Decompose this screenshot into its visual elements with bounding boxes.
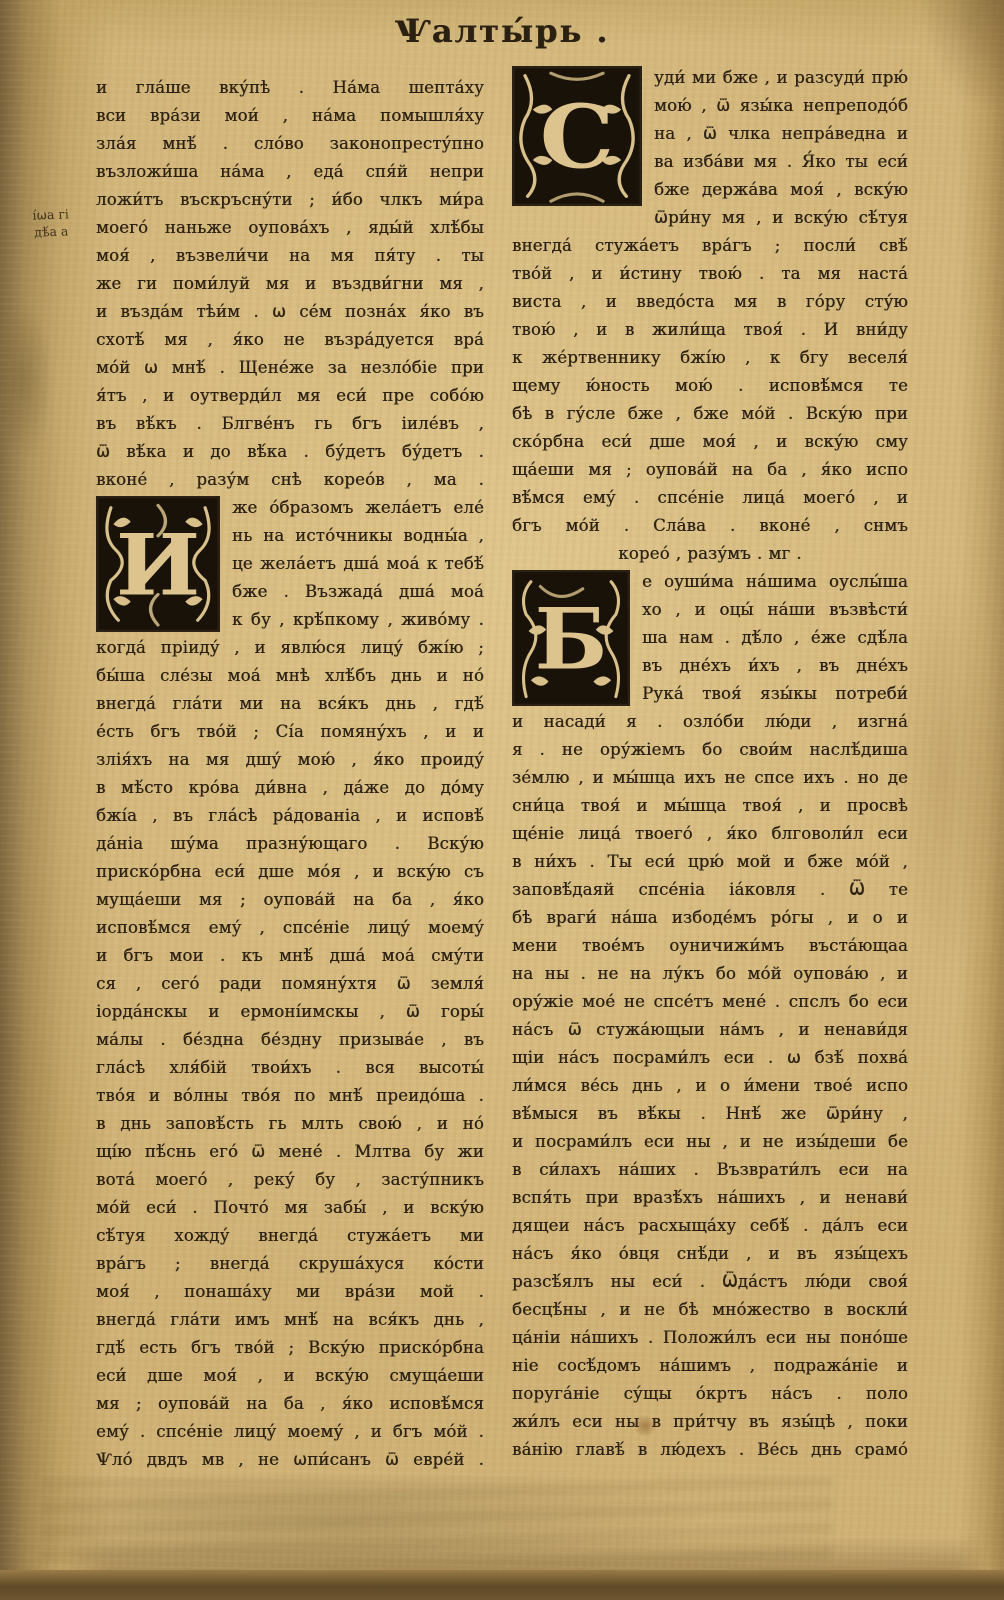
text-line: уди́ ми бже , и разсуди́ прю́ [654, 64, 908, 92]
text-line: к же́ртвеннику бжі́ю , к бгу веселя́ [512, 344, 908, 372]
text-line: ще́ніе лица́ твоего́ , я́ко блговоли́л е… [512, 820, 908, 848]
text-line: е оуши́ма на́шима оуслы́ша [642, 568, 908, 596]
psalm-43-section: Б е оуши́ма на́шима оуслы́шахо , и оцы́ … [512, 568, 908, 1464]
text-line: дящеи на́съ расхыща́ху себѣ́ . да́лъ еси [512, 1212, 908, 1240]
text-line: бже держа́ва моя́ , вску́ю [654, 176, 908, 204]
text-line: бжі́а , въ гла́сѣ ра́дованіа , и исповѣ́ [96, 802, 484, 830]
text-line: к бу , крѣ́пкому , живо́му . [232, 606, 484, 634]
text-line: на ны . не на лу́къ бо мо́й оупова́ю , и [512, 960, 908, 988]
text-line: в си́лахъ на́ших . Възврати́лъ еси на [512, 1156, 908, 1184]
text-line: бесцѣ́ны , и не бѣ мно́жество в воскли́ [512, 1296, 908, 1324]
text-line: вра́гъ ; внегда́ скруша́хуся ко́сти [96, 1250, 484, 1278]
text-line: мо́й ѡ мнѣ́ . Щене́же за незло́біе при [96, 354, 484, 382]
text-line: Ѱло́ двдъ мв , не ѡпи́санъ ѿ евре́й . [96, 1446, 484, 1474]
text-line: въ дне́хъ и́хъ , въ дне́хъ пе́рвы [642, 652, 908, 680]
text-line: ша нам . дѣ́ло , е́же сдѣ́ла [642, 624, 908, 652]
psalter-page-scan: Ѱалты́рь . і́ѡа гідѣ́а а и гла́ше вку́пѣ… [0, 0, 1004, 1600]
text-line: моя́ , понаша́ху ми вра́зи мой . [96, 1278, 484, 1306]
woodcut-initial-art: Б [512, 570, 630, 706]
text-line: схотѣ́ мя , я́ко не възра́дуется вра́ [96, 326, 484, 354]
margin-reference-note: і́ѡа гідѣ́а а [11, 205, 90, 242]
text-line: тво́й , и и́стину твою́ . та мя наста́ [512, 260, 908, 288]
text-line: моего́ наньже оупова́хъ , яды́й хлѣ́бы [96, 214, 484, 242]
text-line: зе́млю , и мы́шца ихъ не спсе ихъ . но д… [512, 764, 908, 792]
text-line: вспя́ть при вразѣ́хъ на́шихъ , и ненави́ [512, 1184, 908, 1212]
text-line: възложи́ша на́ма , еда́ спя́й непри [96, 158, 484, 186]
text-line: мени твое́мъ оуничижи́мъ въста́ющаа [512, 932, 908, 960]
text-line: заповѣ́даяй спсе́ніа іа́ковля . Ѿ те [512, 876, 908, 904]
text-line: вси вра́зи мои́ , на́ма помышля́ху [96, 102, 484, 130]
text-line: поруга́ніе су́щы о́кртъ на́съ . поло [512, 1380, 908, 1408]
text-line: жи́лъ еси ны в при́тчу въ язы́цѣ , поки [512, 1408, 908, 1436]
left-text-column: и гла́ше вку́пѣ . На́ма шепта́хувси вра́… [96, 74, 484, 1474]
text-line: ли́мся ве́сь днь , и о и́мени твое́ испо [512, 1072, 908, 1100]
text-line: бы́ша сле́зы моа́ мнѣ хлѣ́бъ днь и но́ [96, 662, 484, 690]
text-line: бгъ мо́й . Сла́ва . вконе́ , снмъ [512, 512, 908, 540]
text-line: и възда́м тѣи́м . ѡ се́м позна́х я́ко въ [96, 298, 484, 326]
text-line: тво́я и во́лны тво́я по мнѣ́ преидо́ша . [96, 1082, 484, 1110]
text-line: вота́ моего́ , реку́ бу , засту́пникъ [96, 1166, 484, 1194]
margin-note-line: дѣ́а а [12, 222, 91, 242]
text-line: ся , сего́ ради помяну́хтя ѿ земля́ [96, 970, 484, 998]
text-line: щіи на́съ посрами́лъ еси . ѡ бзѣ́ похва́ [512, 1044, 908, 1072]
text-line: же о́бразомъ жела́етъ еле́ [232, 494, 484, 522]
text-line: ма́лы . бе́здна бе́здну призыва́е , въ [96, 1026, 484, 1054]
text-line: ѿ вѣ́ка и до вѣ́ка . бу́детъ бу́детъ . [96, 438, 484, 466]
drop-cap-slovo: С [512, 66, 642, 206]
text-line: це жела́етъ дша́ моа́ к тебѣ́ [232, 550, 484, 578]
text-line: вѣ́мыся въ вѣ́кы . Ннѣ́ же ѿри́ну , [512, 1100, 908, 1128]
running-head: Ѱалты́рь . [0, 12, 1004, 50]
text-line: муща́еши мя ; оупова́й на ба , я́ко [96, 886, 484, 914]
text-line: внегда́ гла́ти имъ мнѣ́ на вся́къ днь , [96, 1306, 484, 1334]
text-line: мо́й еси́ . Почто́ мя забы́ , и вску́ю [96, 1194, 484, 1222]
text-line: корео́ , разу́мъ . мг . [512, 540, 908, 568]
text-line: исповѣ́мся ему́ , спсе́ніе лицу́ моему́ [96, 914, 484, 942]
psalm-42-body: ѿри́ну мя , и вску́ю сѣ́туя хожу́внегда́… [512, 204, 908, 568]
psalm-42-section: С уди́ ми бже , и разсуди́ прю́мою́ , ѿ … [512, 64, 908, 568]
text-line: приско́рбна еси́ дше мо́я , и вску́ю съ [96, 858, 484, 886]
drop-cap-izhe: И [96, 496, 220, 632]
text-line: же ги поми́луй мя и въздви́гни мя , [96, 270, 484, 298]
text-line: да́ніа шу́ма празну́ющаго . Вску́ю [96, 830, 484, 858]
text-line: внегда́ гла́ти ми на вся́къ днь , гдѣ́ [96, 690, 484, 718]
psalm-41-body: когда́ пріиду́ , и явлю́ся лицу́ бжі́ю ;… [96, 634, 484, 1474]
text-line: гла́сѣ хля́бій твои́хъ . вся высоты́ [96, 1054, 484, 1082]
text-line: сѣ́туя хожду́ внегда́ стужа́етъ ми [96, 1222, 484, 1250]
text-line: когда́ пріиду́ , и явлю́ся лицу́ бжі́ю ; [96, 634, 484, 662]
text-line: ніе сосѣ́домъ на́шимъ , подража́ніе и [512, 1352, 908, 1380]
drop-cap-buki: Б [512, 570, 630, 706]
text-line: разсѣ́ялъ ны еси́ . Ѿда́стъ лю́ди своя́ [512, 1268, 908, 1296]
text-line: хо , и оцы́ на́ши възвѣсти́ [642, 596, 908, 624]
text-line: е́сть бгъ тво́й ; Сі́а помяну́хъ , и и [96, 718, 484, 746]
text-line: на́съ я́ко о́вця снѣ́ди , и въ язы́цехъ [512, 1240, 908, 1268]
gutter-stain [0, 300, 54, 460]
text-line: сни́ца твоя́ и мы́шца твоя́ , и просвѣ [512, 792, 908, 820]
text-line: в днь заповѣ́сть гь млть свою́ , и но́ [96, 1110, 484, 1138]
text-line: щі́ю пѣ́снь его́ ѿ мене́ . Млтва бу жи [96, 1138, 484, 1166]
text-line: я́тъ , и оутверди́л мя еси́ пре собо́ю [96, 382, 484, 410]
text-line: ложи́тъ въскръсну́ти ; и́бо члкъ ми́ра [96, 186, 484, 214]
text-line: еси́ дше моя́ , и вску́ю смуща́еши [96, 1362, 484, 1390]
svg-text:И: И [116, 516, 200, 615]
page-title: Ѱалты́рь . [395, 12, 610, 50]
text-line: вѣ́мся ему́ . спсе́ніе лица́ моего́ , и [512, 484, 908, 512]
text-line: ѿри́ну мя , и вску́ю сѣ́туя хожу́ [654, 204, 908, 232]
fox-spot [632, 1416, 658, 1436]
text-line: вконе́ , разу́м снѣ корео́в , ма . [96, 466, 484, 494]
text-line: в ни́хъ . Ты еси́ црю́ мой и бже мо́й , [512, 848, 908, 876]
text-line: я . не ору́жіемъ бо свои́м наслѣ́диша [512, 736, 908, 764]
text-line: ва́нію главѣ́ в лю́дехъ . Ве́сь днь срам… [512, 1436, 908, 1464]
text-line: зла́я мнѣ́ . сло́во законопресту́пно [96, 130, 484, 158]
text-line: и посрами́лъ еси ны , и не изы́деши бе [512, 1128, 908, 1156]
text-line: Рука́ твоя́ язы́кы потреби́ [642, 680, 908, 708]
woodcut-initial-art: И [96, 496, 220, 632]
svg-text:Б: Б [535, 589, 608, 689]
text-line: злія́хъ на мя дшу́ мою́ , я́ко проиду́ [96, 746, 484, 774]
text-line: внегда́ стужа́етъ вра́гъ ; посли́ свѣ́ [512, 232, 908, 260]
psalm-43-body: и насади́ я . озло́би лю́ди , изгна́я . … [512, 708, 908, 1464]
text-line: іорда́нскы и ермоні́имскы , ѿ горы́ [96, 998, 484, 1026]
text-line: мя ; оупова́й на ба , я́ко исповѣ́мся [96, 1390, 484, 1418]
text-line: щему ю́ность мою́ . исповѣ́мся те [512, 372, 908, 400]
text-line: въ вѣ́къ . Блгве́нъ гь бгъ іиле́въ , [96, 410, 484, 438]
text-line: гдѣ́ есть бгъ тво́й ; Вску́ю приско́рбна [96, 1334, 484, 1362]
text-line: бѣ в гу́сле бже , бже мо́й . Вску́ю при [512, 400, 908, 428]
text-line: мою́ , ѿ язы́ка непреподо́б [654, 92, 908, 120]
text-line: виста , и введо́ста мя в го́ру сту́ю [512, 288, 908, 316]
text-line: ору́жіе мое́ не спсе́тъ мене́ . спслъ бо… [512, 988, 908, 1016]
woodcut-initial-art: С [512, 66, 642, 206]
text-line: и гла́ше вку́пѣ . На́ма шепта́ху [96, 74, 484, 102]
right-text-column: С уди́ ми бже , и разсуди́ прю́мою́ , ѿ … [512, 64, 908, 1464]
text-line: ва изба́ви мя . Я́ко ты еси́ [654, 148, 908, 176]
psalm-40-ending: и гла́ше вку́пѣ . На́ма шепта́хувси вра́… [96, 74, 484, 494]
text-line: нь на исто́чникы водны́а , си [232, 522, 484, 550]
text-line: ско́рбна еси́ дше моя́ , и вску́ю сму [512, 428, 908, 456]
text-line: в мѣ́сто кро́ва ди́вна , да́же до до́му [96, 774, 484, 802]
text-line: и бгъ мои . къ мнѣ́ дша́ моа́ сму́ти [96, 942, 484, 970]
text-line: бѣ враги́ на́ша избоде́мъ ро́гы , и о и [512, 904, 908, 932]
text-line: на́съ ѿ стужа́ющыи на́мъ , и ненави́дя [512, 1016, 908, 1044]
text-line: на , ѿ члка непра́ведна и льсти́ [654, 120, 908, 148]
text-line: и насади́ я . озло́би лю́ди , изгна́ [512, 708, 908, 736]
text-line: бже . Възжада́ дша́ моа́ [232, 578, 484, 606]
text-line: ца́ніи на́шихъ . Положи́лъ еси ны поно́ш… [512, 1324, 908, 1352]
text-line: моя́ , възвели́чи на мя пя́ту . ты [96, 242, 484, 270]
text-line: ему́ . спсе́ніе лицу́ моему́ , и бгъ мо́… [96, 1418, 484, 1446]
book-bottom-edge [0, 1570, 1004, 1600]
text-line: ща́еши мя ; оупова́й на ба , я́ко испо [512, 456, 908, 484]
svg-text:С: С [540, 87, 614, 189]
text-line: твою́ , и в жили́ща твоя́ . И вни́ду [512, 316, 908, 344]
psalm-41-section: И же о́бразомъ жела́етъ еле́нь на исто́ч… [96, 494, 484, 1474]
show-through-ghost-text [42, 1478, 832, 1566]
